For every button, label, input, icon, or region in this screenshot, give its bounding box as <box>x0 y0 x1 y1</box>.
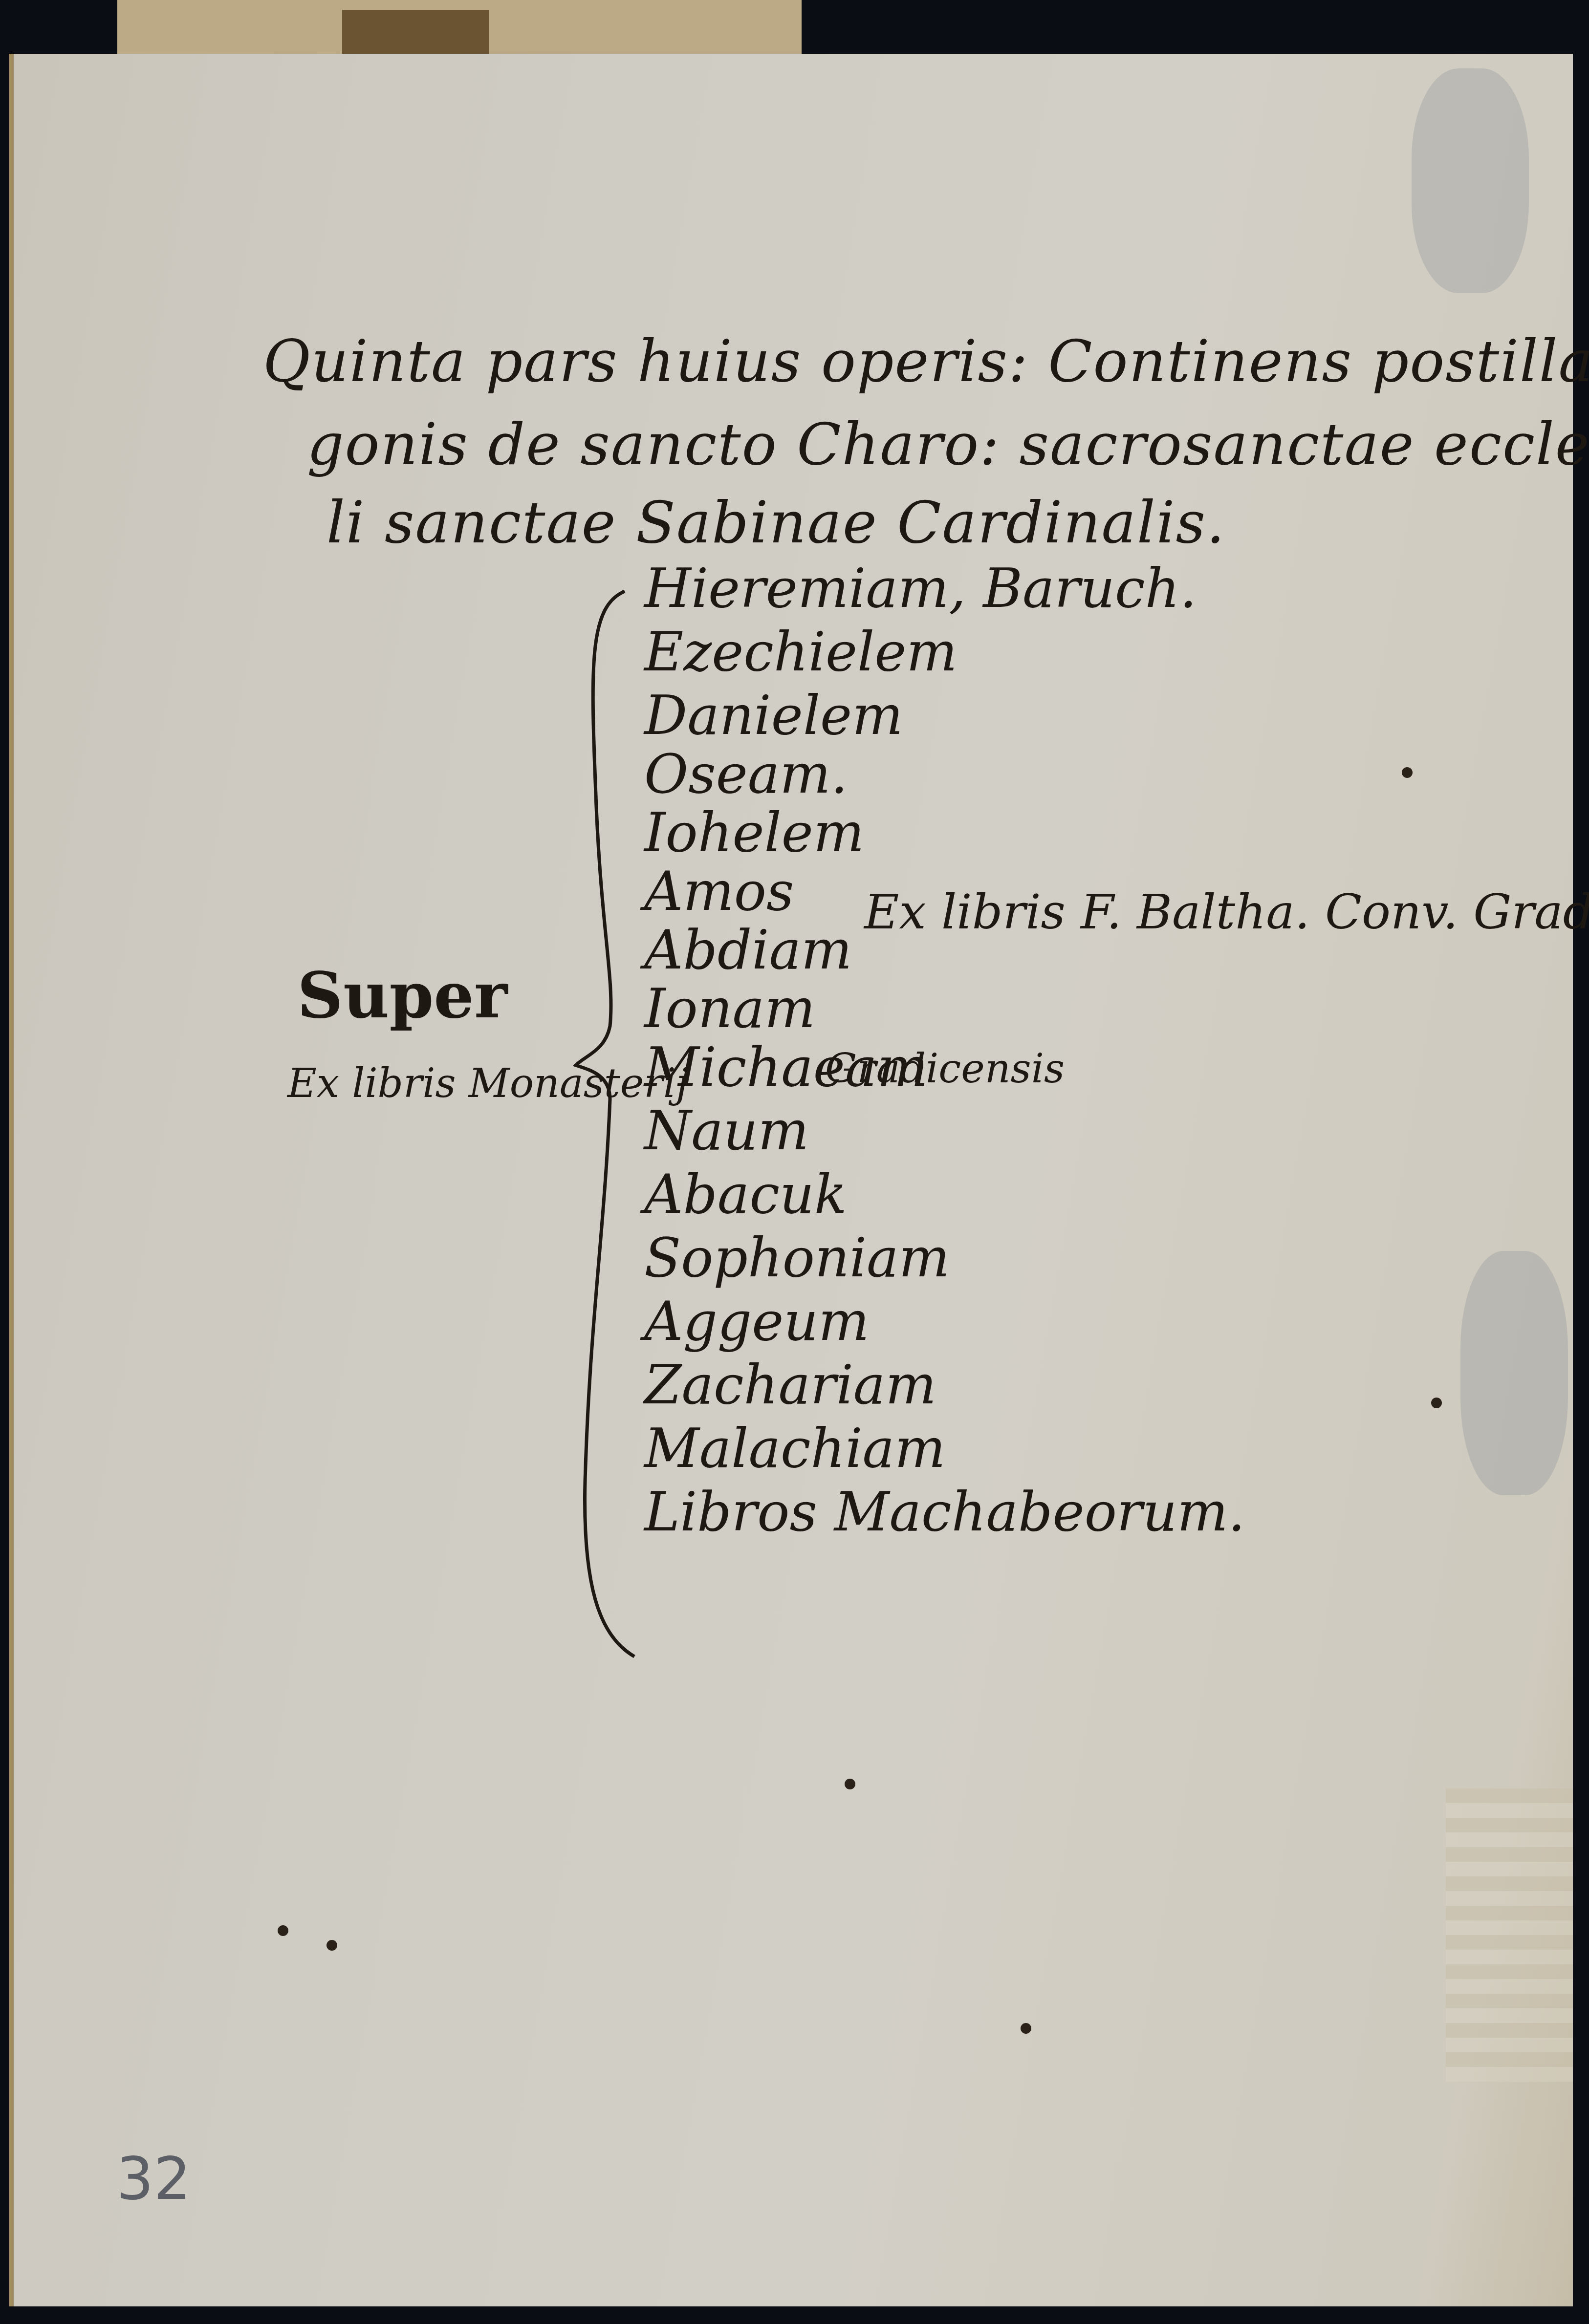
wormhole <box>327 1940 337 1951</box>
book-malachiam: Malachiam <box>644 1417 946 1480</box>
book-aggeum: Aggeum <box>644 1290 870 1353</box>
binding-strip <box>342 10 489 54</box>
ownership-note-baltha: Ex libris F. Baltha. Conv. Grad. <box>864 884 1589 940</box>
wormhole <box>1021 2023 1031 2034</box>
book-ionam: Ionam <box>644 977 815 1040</box>
wormhole <box>845 1779 855 1789</box>
book-sophoniam: Sophoniam <box>644 1227 950 1289</box>
book-zachariam: Zachariam <box>644 1354 936 1416</box>
book-abdiam: Abdiam <box>644 919 852 981</box>
ownership-note-monastery: Ex libris Monasterij <box>287 1060 688 1107</box>
manuscript-page: Quinta pars huius operis: Continens post… <box>9 54 1573 2306</box>
book-machabeorum: Libros Machabeorum. <box>644 1481 1245 1543</box>
book-oseam: Oseam. <box>644 743 848 805</box>
heading-line-2: gonis de sancto Charo: sacrosanctae eccl… <box>307 410 1589 478</box>
label-super: Super <box>297 958 508 1033</box>
book-naum: Naum <box>644 1099 809 1162</box>
wormhole <box>278 1925 288 1936</box>
book-ezechielem: Ezechielem <box>644 621 958 683</box>
book-danielem: Danielem <box>644 684 903 747</box>
wormhole <box>1431 1398 1442 1408</box>
stain <box>1412 68 1529 293</box>
stain <box>1460 1251 1568 1495</box>
wormhole <box>1402 767 1413 778</box>
book-abacuk: Abacuk <box>644 1163 847 1226</box>
folio-number: 32 <box>116 2145 191 2213</box>
book-hieremiam: Hieremiam, Baruch. <box>644 557 1197 620</box>
heading-line-1: Quinta pars huius operis: Continens post… <box>263 327 1589 395</box>
book-iohelem: Iohelem <box>644 801 864 864</box>
heading-line-3: li sanctae Sabinae Cardinalis. <box>327 489 1225 556</box>
torn-edge <box>1446 1788 1573 2082</box>
curly-brace <box>571 586 649 1661</box>
note-gradicensis: Gradicensis <box>825 1046 1065 1092</box>
book-amos: Amos <box>644 860 794 923</box>
